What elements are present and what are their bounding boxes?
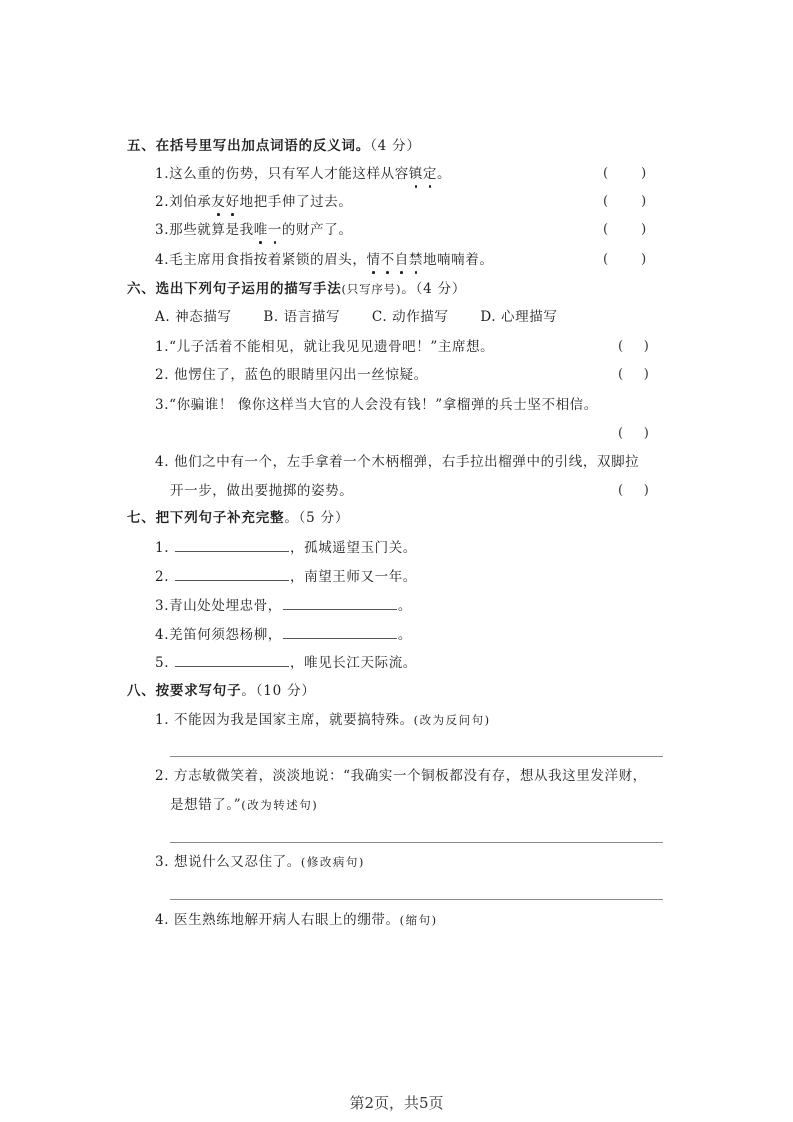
s6-question-2: 2. 他愣住了，蓝色的眼睛里闪出一丝惊疑。 [155,365,428,385]
fill-blank[interactable] [175,652,289,667]
section-6-score: 。（4 分） [401,281,466,297]
s5-question-2: 2.刘伯承友好地把手伸了过去。 [155,192,352,212]
s8-question-2-cont: 是想错了。”(改为转述句) [170,795,318,815]
answer-paren[interactable]: ( ) [603,250,646,270]
question-text: ，南望王师又一年。 [290,569,417,585]
dotted-char: 一 [268,220,282,240]
question-text: 1. 不能因为我是国家主席，就要搞特殊。 [155,712,414,728]
question-text: 那些就算是我 [169,222,254,238]
dotted-char: 唯 [254,220,268,240]
option-c: C. 动作描写 [372,309,449,325]
option-a: A. 神态描写 [155,309,232,325]
answer-paren[interactable]: ( ) [618,365,649,385]
dotted-char: 友 [211,192,225,212]
answer-paren[interactable]: ( ) [618,337,649,357]
question-text: 的财产了。 [282,222,353,238]
question-number: 5. [155,655,169,671]
option-b: B. 语言描写 [263,309,340,325]
question-text: 地喃喃着。 [423,252,494,268]
section-8-title: 八、按要求写句子 [127,683,241,699]
question-number: 2. [155,194,169,210]
s8-question-4: 4. 医生熟练地解开病人右眼上的绷带。(缩句) [155,910,438,930]
dotted-char: 禁 [409,250,423,270]
section-5-heading: 五、在括号里写出加点词语的反义词。（4 分） [127,136,421,156]
s6-question-1: 1.“儿子活着不能相见，就让我见见遗骨吧！”主席想。 [155,337,494,357]
dotted-char: 不 [381,250,395,270]
section-6-note: (只写序号) [342,282,402,296]
question-hint: (改为反问句) [414,713,491,727]
fill-blank[interactable] [283,624,397,639]
answer-line[interactable] [170,842,663,843]
question-hint: (修改病句) [301,855,365,869]
section-7-heading: 七、把下列句子补充完整。（5 分） [127,508,349,528]
question-text: ，唯见长江天际流。 [290,655,417,671]
dotted-char: 定 [423,164,437,184]
question-text: 。 [398,598,412,614]
question-number: 1. [155,540,169,556]
question-text: 是想错了。” [170,797,241,813]
s7-question-1: 1. ，孤城遥望玉门关。 [155,537,417,558]
answer-paren[interactable]: ( ) [603,164,646,184]
answer-paren[interactable]: ( ) [603,220,646,240]
question-text: 刘伯承 [169,194,211,210]
dotted-char: 自 [395,250,409,270]
answer-paren[interactable]: ( ) [603,192,646,212]
question-text: 羌笛何须怨杨柳， [169,627,282,643]
question-hint: (缩句) [400,913,438,927]
answer-line[interactable] [170,899,663,900]
question-text: 。 [398,627,412,643]
dotted-char: 情 [367,250,381,270]
s7-question-5: 5. ，唯见长江天际流。 [155,652,417,673]
fill-blank[interactable] [175,566,289,581]
answer-paren[interactable]: ( ) [618,481,649,501]
dotted-char: 镇 [409,164,423,184]
question-number: 3. [155,222,169,238]
question-number: 1. [155,166,169,182]
question-text: 毛主席用食指按着紧锁的眉头， [169,252,366,268]
page-number: 第2页，共5页 [0,1092,793,1113]
option-d: D. 心理描写 [480,309,557,325]
s8-question-3: 3. 想说什么又忍住了。(修改病句) [155,852,365,872]
question-number: 4. [155,252,169,268]
section-5-score: （4 分） [370,138,421,154]
s6-question-3: 3.“你骗谁！ 像你这样当大官的人会没有钱！”拿榴弹的兵士坚不相信。 [155,395,598,415]
s7-question-4: 4.羌笛何须怨杨柳，。 [155,624,412,645]
s6-question-4-cont: 开一步，做出要抛掷的姿势。 [170,481,353,501]
s8-question-2: 2. 方志敏微笑着，淡淡地说：“我确实一个铜板都没有存，想从我这里发洋财， [155,766,647,786]
answer-paren[interactable]: ( ) [618,424,649,444]
s5-question-3: 3.那些就算是我唯一的财产了。 [155,220,352,240]
question-text: 这么重的伤势，只有军人才能这样从容 [169,166,409,182]
section-7-title: 七、把下列句子补充完整 [127,510,284,526]
s5-question-1: 1.这么重的伤势，只有军人才能这样从容镇定。 [155,164,451,184]
question-text: ，孤城遥望玉门关。 [290,540,417,556]
question-text: 3. 想说什么又忍住了。 [155,854,301,870]
question-text: 4. 医生熟练地解开病人右眼上的绷带。 [155,912,400,928]
s7-question-3: 3.青山处处埋忠骨，。 [155,595,412,616]
answer-line[interactable] [170,756,663,757]
fill-blank[interactable] [175,537,289,552]
section-7-score: 。（5 分） [284,510,349,526]
s8-question-1: 1. 不能因为我是国家主席，就要搞特殊。(改为反问句) [155,710,491,730]
s6-question-4: 4. 他们之中有一个，左手拿着一个木柄榴弹，右手拉出榴弹中的引线，双脚拉 [155,452,639,472]
question-number: 2. [155,569,169,585]
question-hint: (改为转述句) [241,798,318,812]
s7-question-2: 2. ，南望王师又一年。 [155,566,417,587]
section-6-heading: 六、选出下列句子运用的描写手法(只写序号)。（4 分） [127,279,466,299]
question-number: 3. [155,598,169,614]
fill-blank[interactable] [283,595,397,610]
dotted-char: 好 [226,192,240,212]
section-6-title: 六、选出下列句子运用的描写手法 [127,281,342,297]
section-8-score: 。（10 分） [241,683,315,699]
exam-page: 五、在括号里写出加点词语的反义词。（4 分） 1.这么重的伤势，只有军人才能这样… [0,0,793,1122]
question-text: 青山处处埋忠骨， [169,598,282,614]
section-8-heading: 八、按要求写句子。（10 分） [127,681,316,701]
section-5-title: 五、在括号里写出加点词语的反义词。 [127,138,370,154]
s6-options: A. 神态描写 B. 语言描写 C. 动作描写 D. 心理描写 [155,307,557,327]
question-text: 地把手伸了过去。 [240,194,353,210]
question-number: 4. [155,627,169,643]
s5-question-4: 4.毛主席用食指按着紧锁的眉头，情不自禁地喃喃着。 [155,250,493,270]
question-text: 。 [437,166,451,182]
